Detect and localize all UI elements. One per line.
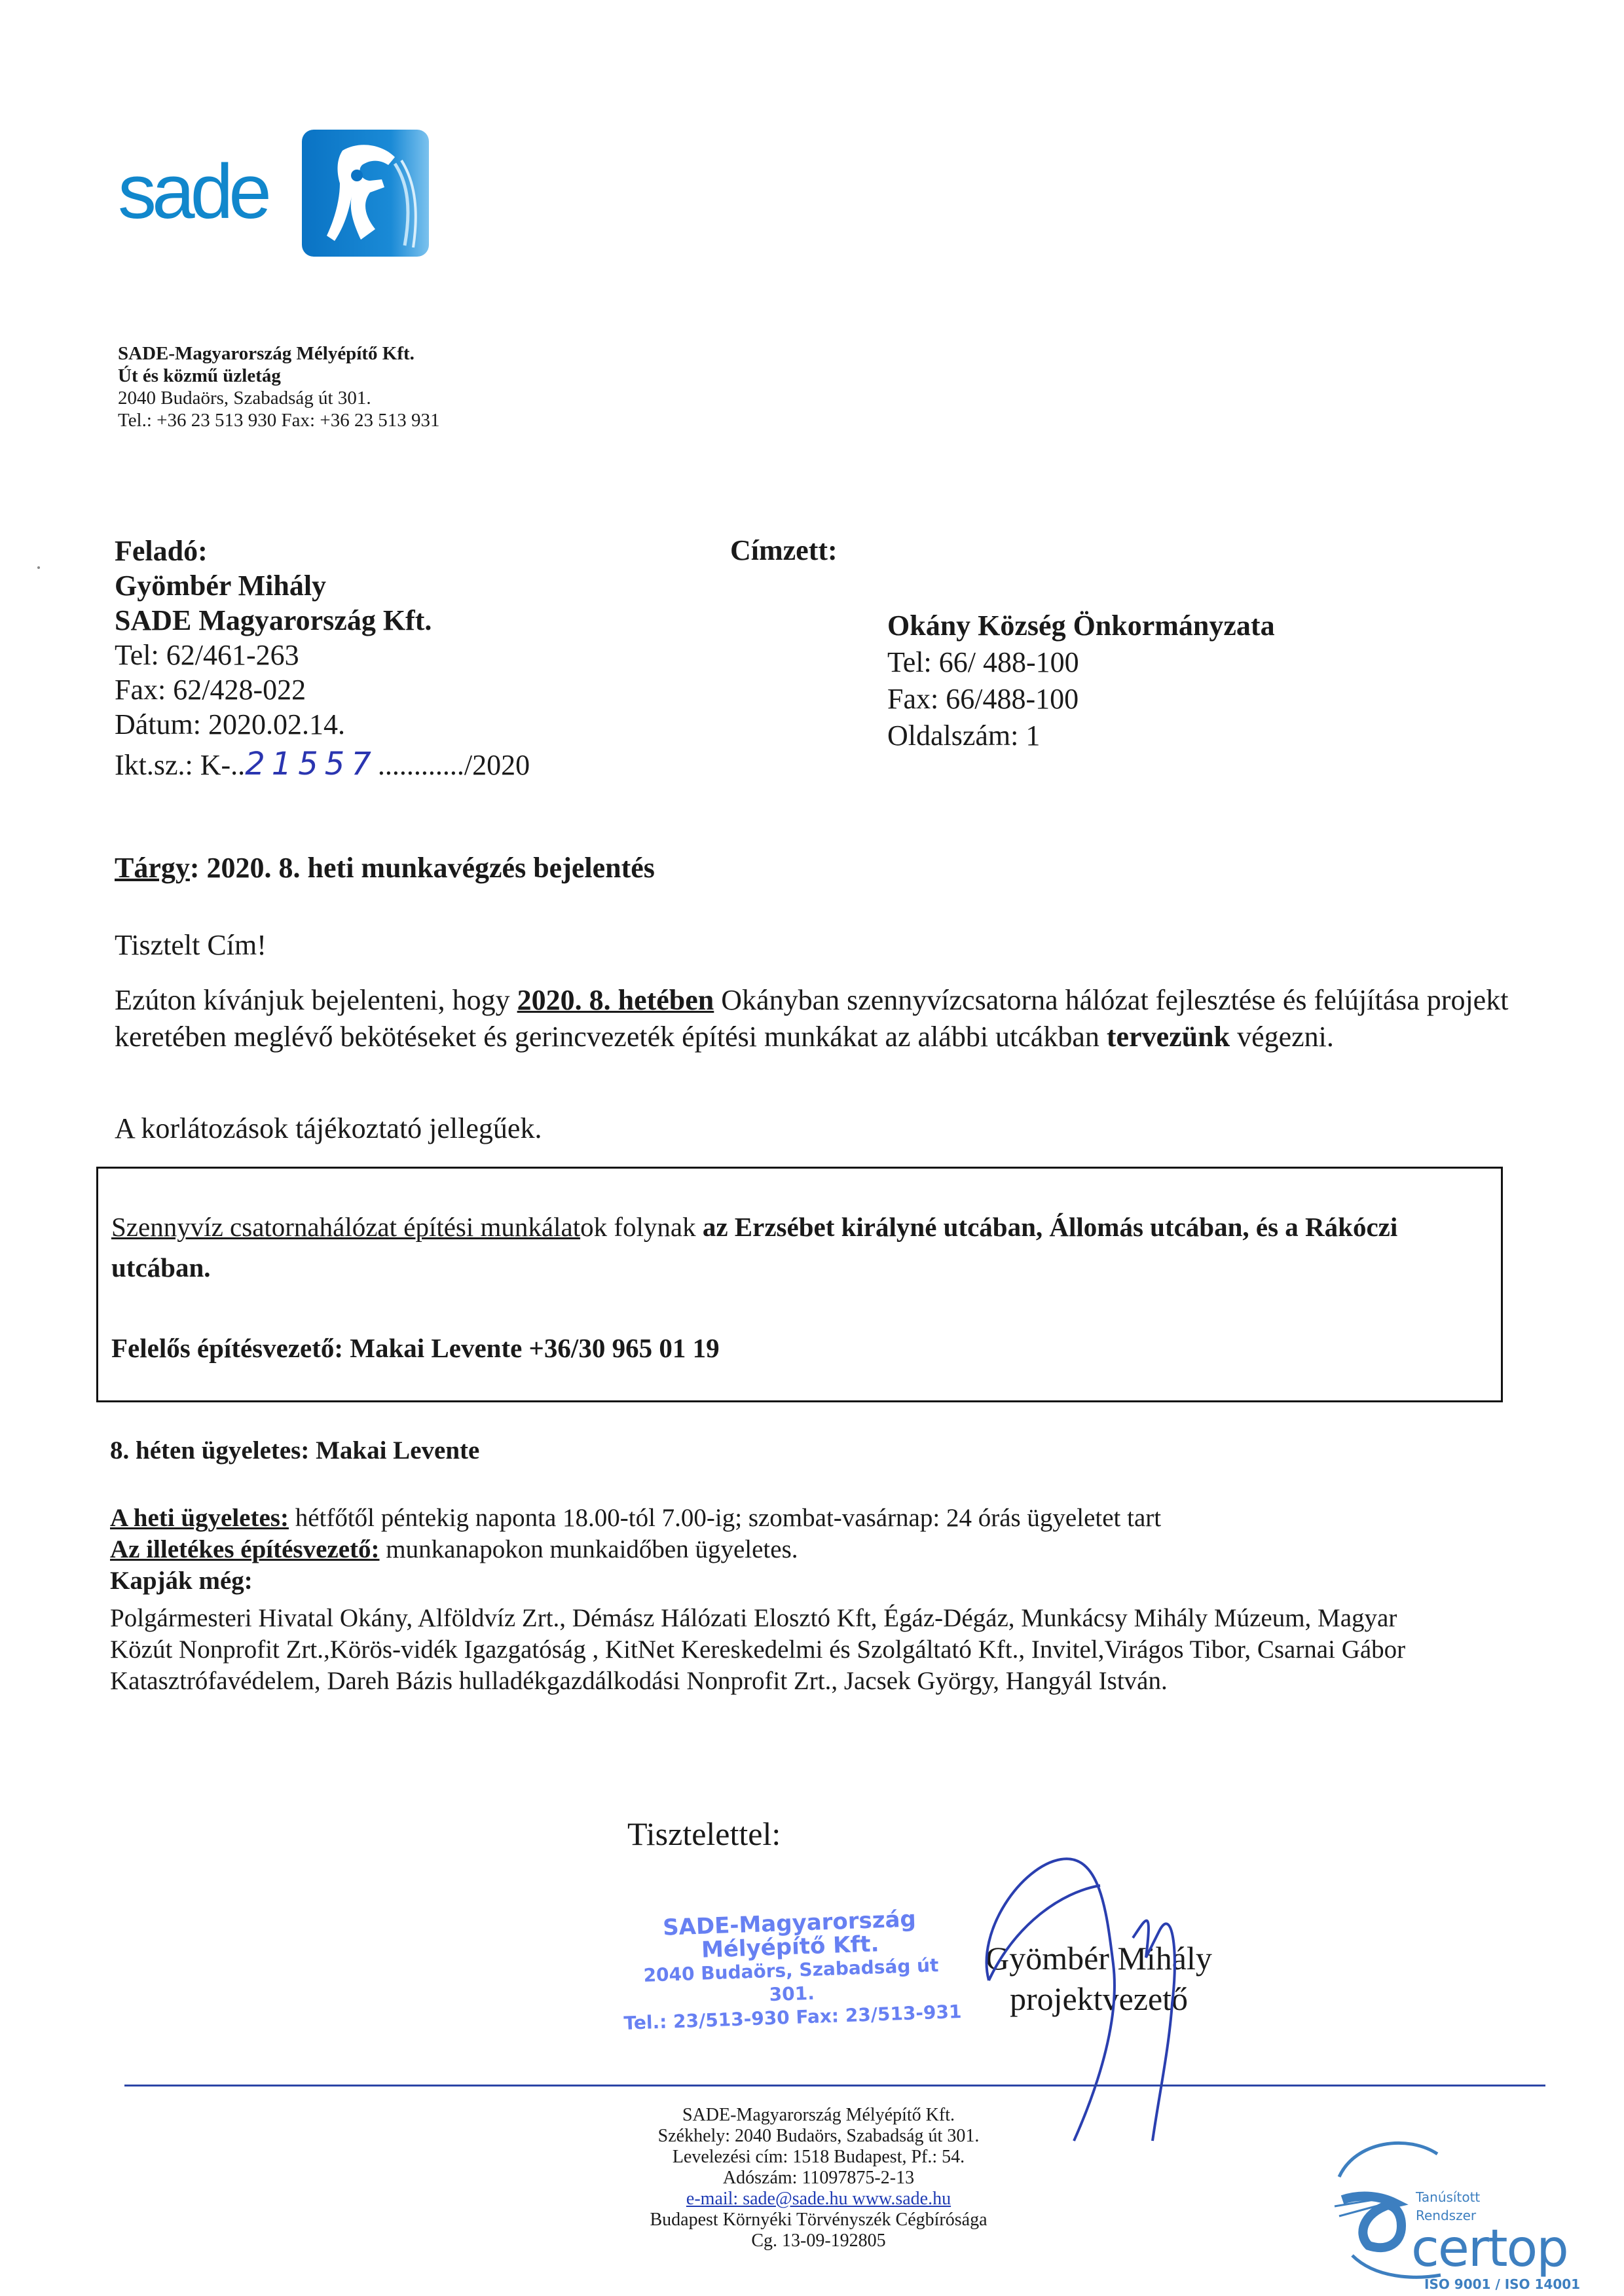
recipient-label: Címzett: [730, 534, 838, 567]
reference-suffix: ............/2020 [378, 749, 530, 781]
responsible-manager: Felelős építésvezető: Makai Levente +36/… [111, 1332, 720, 1364]
footer-contact-links[interactable]: e-mail: sade@sade.hu www.sade.hu [589, 2189, 1048, 2210]
subject-label: Tárgy [115, 852, 190, 884]
cc-list: Polgármesteri Hivatal Okány, Alföldvíz Z… [110, 1603, 1452, 1697]
sender-tel: Tel: 62/461-263 [115, 638, 530, 672]
company-phones: Tel.: +36 23 513 930 Fax: +36 23 513 931 [118, 409, 439, 431]
recipient-tel: Tel: 66/ 488-100 [887, 644, 1275, 681]
para-text: Ezúton kívánjuk bejelenteni, hogy [115, 984, 517, 1016]
certop-certification-logo: Tanúsított Rendszer certop ISO 9001 / IS… [1303, 2128, 1611, 2296]
recipient-block: Okány Község Önkormányzata Tel: 66/ 488-… [887, 608, 1275, 754]
footer-block: SADE-Magyarország Mélyépítő Kft. Székhel… [589, 2105, 1048, 2251]
recipient-name: Okány Község Önkormányzata [887, 608, 1275, 644]
company-division: Út és közmű üzletág [118, 365, 439, 387]
reference-handwritten: 21557 [245, 746, 378, 782]
sender-label: Feladó: [115, 534, 530, 568]
restriction-note: A korlátozások tájékoztató jellegűek. [115, 1112, 542, 1145]
para-week: 2020. 8. hetében [517, 984, 714, 1016]
announcement-paragraph: Ezúton kívánjuk bejelenteni, hogy 2020. … [115, 982, 1516, 1055]
company-address: 2040 Budaörs, Szabadság út 301. [118, 387, 439, 409]
weekly-duty: 8. héten ügyeletes: Makai Levente [110, 1436, 479, 1465]
sender-fax: Fax: 62/428-022 [115, 672, 530, 707]
sender-name: Gyömbér Mihály [115, 568, 530, 603]
duty-manager-text: munkanapokon munkaidőben ügyeletes. [379, 1535, 798, 1563]
reference-number: Ikt.sz.: K-..21557............/2020 [115, 747, 530, 782]
duty-weekly-text: hétfőtől péntekig naponta 18.00-tól 7.00… [289, 1504, 1161, 1532]
cert-standards: ISO 9001 / ISO 14001 [1424, 2276, 1580, 2292]
sender-company: SADE Magyarország Kft. [115, 603, 530, 638]
cc-label: Kapják még: [110, 1565, 1518, 1597]
para-emphasis: tervezünk [1107, 1021, 1230, 1053]
sender-block: Feladó: Gyömbér Mihály SADE Magyarország… [115, 534, 530, 782]
footer-registration: Cg. 13-09-192805 [589, 2231, 1048, 2251]
footer-divider [124, 2085, 1545, 2086]
footer-court: Budapest Környéki Törvényszék Cégbíróság… [589, 2210, 1048, 2231]
footer-tax-number: Adószám: 11097875-2-13 [589, 2168, 1048, 2189]
page-number: Oldalszám: 1 [887, 718, 1275, 754]
signer-title: projektvezető [968, 1978, 1230, 2019]
reference-prefix: Ikt.sz.: K-.. [115, 749, 245, 781]
footer-seat: Székhely: 2040 Budaörs, Szabadság út 301… [589, 2126, 1048, 2147]
works-text-underlined: Szennyvíz csatornahálózat építési munkál… [111, 1212, 580, 1242]
duty-weekly-label: A heti ügyeletes: [110, 1504, 289, 1532]
signer-name: Gyömbér Mihály [968, 1938, 1230, 1978]
works-description: Szennyvíz csatornahálózat építési munkál… [111, 1207, 1486, 1288]
subject-line: Tárgy: 2020. 8. heti munkavégzés bejelen… [115, 851, 655, 884]
duty-manager-label: Az illetékes építésvezető: [110, 1535, 379, 1563]
para-text: végezni. [1230, 1021, 1334, 1053]
recipient-fax: Fax: 66/488-100 [887, 681, 1275, 718]
signer-block: Gyömbér Mihály projektvezető [968, 1938, 1230, 2019]
company-name: SADE-Magyarország Mélyépítő Kft. [118, 342, 439, 365]
duty-details: A heti ügyeletes: hétfőtől péntekig napo… [110, 1503, 1518, 1597]
sade-logo-text: sade [118, 147, 267, 236]
cert-line1: Tanúsított [1416, 2188, 1480, 2206]
closing-salutation: Tisztelettel: [627, 1815, 781, 1853]
footer-company: SADE-Magyarország Mélyépítő Kft. [589, 2105, 1048, 2126]
sade-figure-logo-icon [297, 124, 434, 262]
subject-text: : 2020. 8. heti munkavégzés bejelentés [190, 852, 655, 884]
company-stamp: SADE-Magyarország Mélyépítő Kft. 2040 Bu… [619, 1906, 963, 2035]
cert-brand: certop [1411, 2219, 1568, 2278]
company-header: SADE-Magyarország Mélyépítő Kft. Út és k… [118, 342, 439, 431]
sender-date: Dátum: 2020.02.14. [115, 707, 530, 742]
works-text: ok folynak [580, 1212, 703, 1242]
footer-mail-address: Levelezési cím: 1518 Budapest, Pf.: 54. [589, 2147, 1048, 2168]
greeting: Tisztelt Cím! [115, 928, 267, 962]
scan-speck [37, 566, 40, 569]
